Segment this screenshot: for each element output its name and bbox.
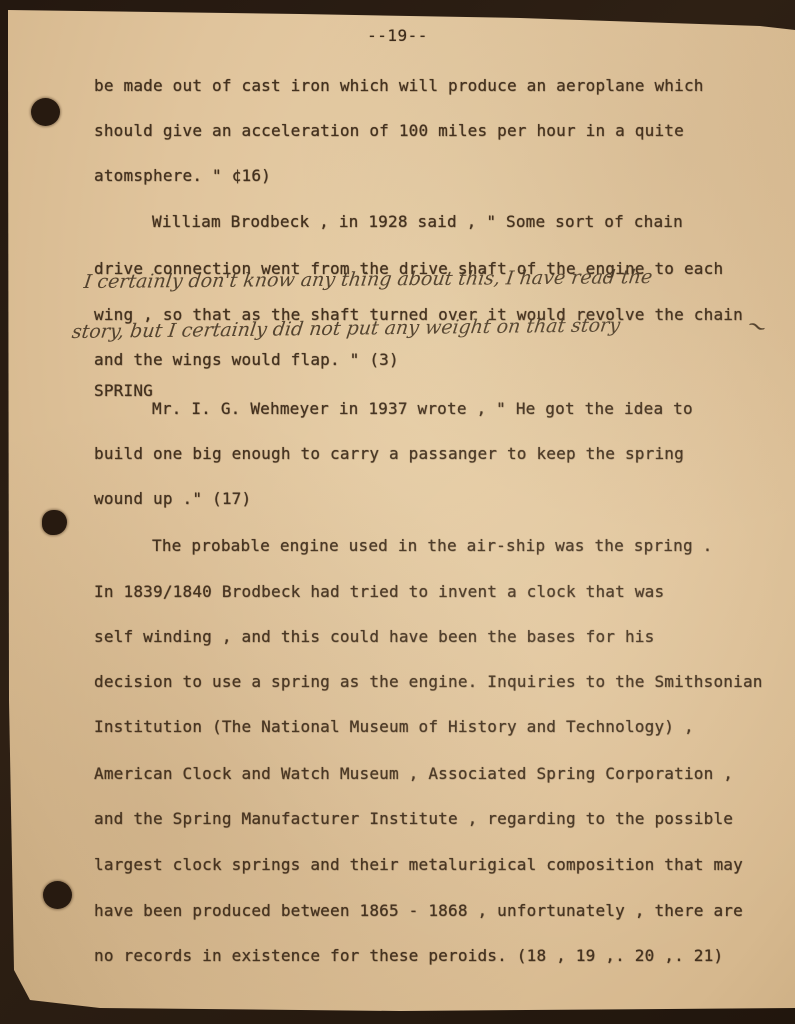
typed-line: William Brodbeck , in 1928 said , " Some… bbox=[152, 212, 795, 231]
typed-line: American Clock and Watch Museum , Associ… bbox=[94, 764, 774, 783]
page-number: --19-- bbox=[0, 26, 795, 45]
typed-line: decision to use a spring as the engine. … bbox=[94, 672, 774, 691]
typed-line: wound up ." (17) bbox=[94, 489, 774, 508]
typed-line: In 1839/1840 Brodbeck had tried to inven… bbox=[94, 582, 774, 601]
handwritten-annotation: I certainly don't know any thing about t… bbox=[83, 266, 654, 293]
typed-line: largest clock springs and their metaluri… bbox=[94, 855, 774, 874]
typed-line: and the wings would flap. " (3) bbox=[94, 350, 774, 369]
typed-line: Mr. I. G. Wehmeyer in 1937 wrote , " He … bbox=[152, 399, 795, 418]
typed-line: build one big enough to carry a passange… bbox=[94, 444, 774, 463]
typed-line: have been produced between 1865 - 1868 ,… bbox=[94, 901, 774, 920]
typed-line: atomsphere. " ¢16) bbox=[94, 166, 774, 185]
typed-line: Institution (The National Museum of Hist… bbox=[94, 717, 774, 736]
typed-line: and the Spring Manufacturer Institute , … bbox=[94, 809, 774, 828]
typed-line: no records in existence for these peroid… bbox=[94, 946, 774, 965]
typed-line: The probable engine used in the air-ship… bbox=[152, 536, 795, 555]
typed-line: be made out of cast iron which will prod… bbox=[94, 76, 774, 95]
punch-hole bbox=[31, 98, 60, 126]
scanned-document-background: --19-- be made out of cast iron which wi… bbox=[0, 0, 795, 1024]
section-heading-spring: SPRING bbox=[94, 381, 774, 400]
typed-line: self winding , and this could have been … bbox=[94, 627, 774, 646]
paper-sheet: --19-- be made out of cast iron which wi… bbox=[0, 0, 795, 1024]
punch-hole bbox=[43, 881, 72, 909]
typed-line: should give an acceleration of 100 miles… bbox=[94, 121, 774, 140]
